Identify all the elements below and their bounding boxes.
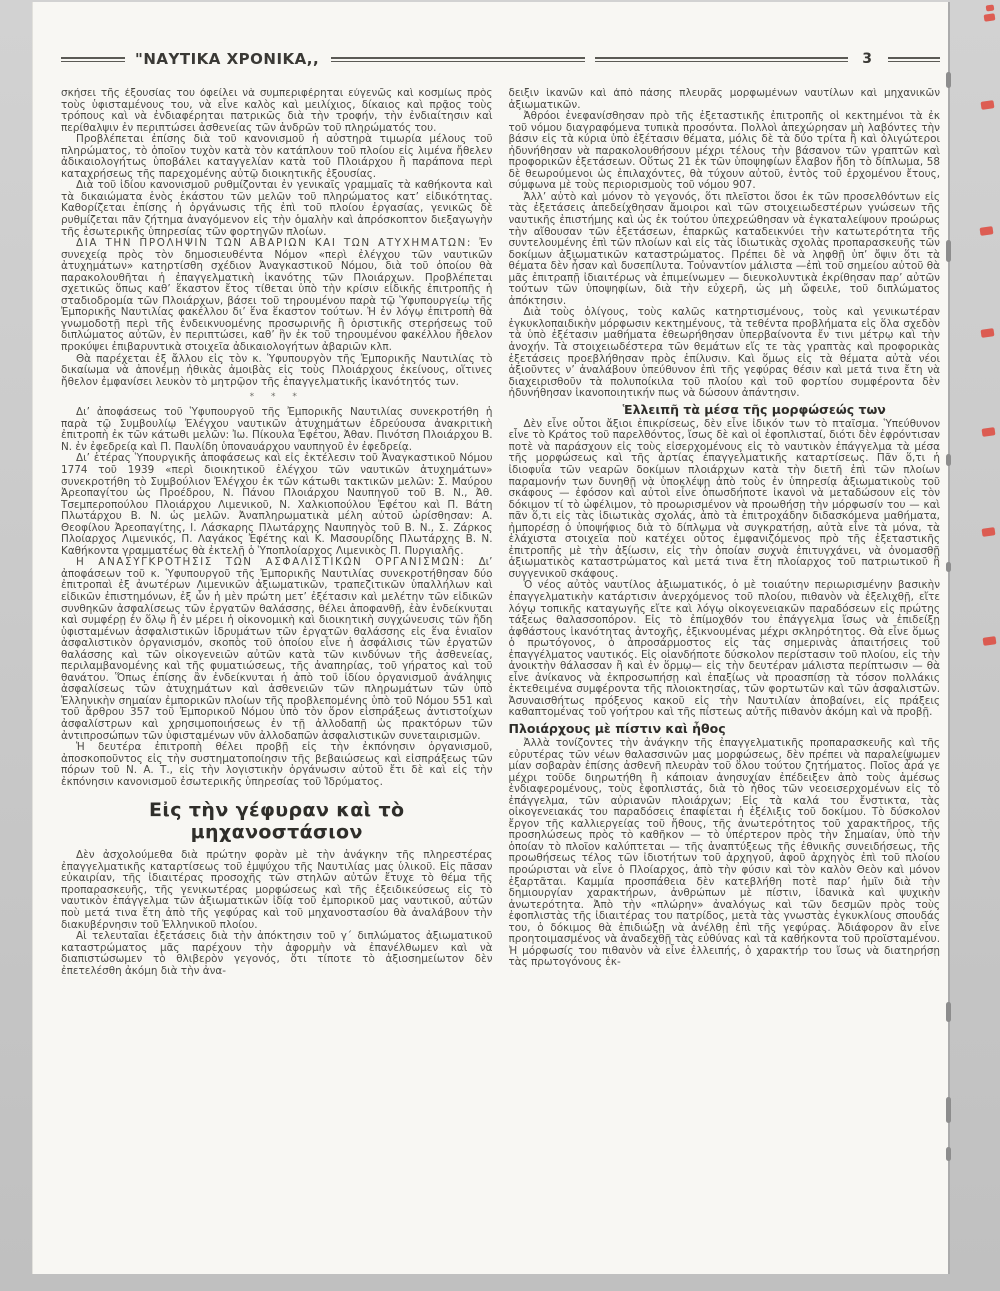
right-column: δειξιν ἱκανῶν καὶ ἀπὸ πάσης πλευρᾶς μορφ… [509, 88, 941, 1274]
page-edge-blob [946, 454, 951, 466]
text-columns: σκήσει τῆς ἐξουσίας του ὀφείλει νὰ συμπε… [61, 88, 940, 1274]
page-edge-blob [946, 1002, 951, 1022]
paragraph: Θὰ παρέχεται ἐξ ἄλλου εἰς τὸν κ. Ὑφυπουρ… [61, 354, 493, 389]
paragraph: Προβλέπεται ἐπίσης διὰ τοῦ κανονισμοῦ ἡ … [61, 134, 493, 180]
paragraph: Δι’ ἀποφάσεως τοῦ Ὑφυπουργοῦ τῆς Ἐμπορικ… [61, 407, 493, 453]
magazine-page: "ΝΑΥΤΙΚΑ ΧΡΟΝΙΚΑ,, 3 σκήσει τῆς ἐξουσίας… [32, 2, 950, 1274]
paragraph: σκήσει τῆς ἐξουσίας του ὀφείλει νὰ συμπε… [61, 88, 493, 134]
paragraph: Ἡ δευτέρα ἐπιτροπὴ θέλει προβῇ εἰς τὴν ἐ… [61, 742, 493, 788]
paragraph-insurance-reorg: Η ΑΝΑΣΥΓΚΡΟΤΗΣΙΣ ΤΩΝ ΑΣΦΑΛΙΣΤΙΚΩΝ ΟΡΓΑΝΙ… [61, 557, 493, 742]
paragraph: Δὲν ἀσχολούμεθα διὰ πρώτην φορὰν μὲ τὴν … [61, 850, 493, 931]
paragraph: Ἀλλ’ αὐτὸ καὶ μόνον τὸ γεγονός, ὅτι πλεῖ… [509, 192, 941, 307]
paragraph-lead-caps: ΔΙΑ ΤΗΝ ΠΡΟΛΗΨΙΝ ΤΩΝ ΑΒΑΡΙΩΝ ΚΑΙ ΤΩΝ ΑΤΥ… [76, 237, 479, 249]
paragraph: Αἱ τελευταῖαι ἐξετάσεις διὰ τὴν ἀπόκτησι… [61, 931, 493, 977]
red-scan-mark [982, 527, 996, 537]
paragraph-lead-caps: Η ΑΝΑΣΥΓΚΡΟΤΗΣΙΣ ΤΩΝ ΑΣΦΑΛΙΣΤΙΚΩΝ ΟΡΓΑΝΙ… [76, 556, 479, 568]
paragraph: Διὰ τοὺς ὀλίγους, τοὺς καλῶς κατηρτισμέν… [509, 307, 941, 399]
red-scan-mark [981, 100, 995, 110]
paragraph: Δι’ ἑτέρας Ὑπουργικῆς ἀποφάσεως καὶ εἰς … [61, 453, 493, 557]
red-scan-mark [984, 13, 996, 21]
red-scan-mark [980, 226, 994, 236]
masthead-row: "ΝΑΥΤΙΚΑ ΧΡΟΝΙΚΑ,, 3 [61, 52, 940, 66]
paragraph: Ἀλλὰ τονίζοντες τὴν ἀνάγκην τῆς ἐπαγγελμ… [509, 738, 941, 969]
paragraph: Δὲν εἶνε οὗτοι ἄξιοι ἐπικρίσεως, δὲν εἶν… [509, 419, 941, 581]
paragraph-averting-damages: ΔΙΑ ΤΗΝ ΠΡΟΛΗΨΙΝ ΤΩΝ ΑΒΑΡΙΩΝ ΚΑΙ ΤΩΝ ΑΤΥ… [61, 238, 493, 353]
page-edge [948, 2, 950, 1274]
left-column: σκήσει τῆς ἐξουσίας του ὀφείλει νὰ συμπε… [61, 88, 493, 1274]
section-separator: * * * [61, 392, 493, 402]
masthead: "ΝΑΥΤΙΚΑ ΧΡΟΝΙΚΑ,, [135, 50, 319, 68]
paragraph: δειξιν ἱκανῶν καὶ ἀπὸ πάσης πλευρᾶς μορφ… [509, 88, 941, 111]
page-edge-blob [946, 1097, 951, 1123]
page-edge-blob [946, 1147, 951, 1161]
red-scan-mark [981, 328, 995, 338]
subheading-captains-with-faith-and-ethos: Πλοιάρχους μὲ πίστιν καὶ ἦθος [509, 722, 941, 736]
heading-bridge-and-engine-room: Εἰς τὴν γέφυραν καὶ τὸ μηχανοστάσιον [61, 799, 493, 843]
page-edge-blob [946, 240, 951, 262]
masthead-rule-center-1 [331, 57, 585, 62]
page-edge-blob [946, 562, 951, 572]
red-scan-mark [986, 4, 995, 11]
masthead-rule-right [888, 57, 940, 62]
red-scan-mark [983, 636, 997, 646]
page-number: 3 [862, 51, 872, 67]
subheading-insufficient-means-of-education: Ἑλλειπῆ τὰ μέσα τῆς μορφώσεώς των [569, 403, 941, 417]
paragraph: Διὰ τοῦ ἰδίου κανονισμοῦ ρυθμίζονται ἐν … [61, 180, 493, 238]
red-scan-mark [982, 427, 996, 437]
masthead-rule-center-2 [595, 57, 849, 62]
paragraph: Ἀθρόοι ἐνεφανίσθησαν πρὸ τῆς ἐξεταστικῆς… [509, 111, 941, 192]
page-edge-blob [946, 72, 951, 88]
masthead-rule-left [61, 57, 125, 62]
paragraph: Ὁ νέος αὐτὸς ναυτίλος ἀξιωματικός, ὁ μὲ … [509, 580, 941, 719]
